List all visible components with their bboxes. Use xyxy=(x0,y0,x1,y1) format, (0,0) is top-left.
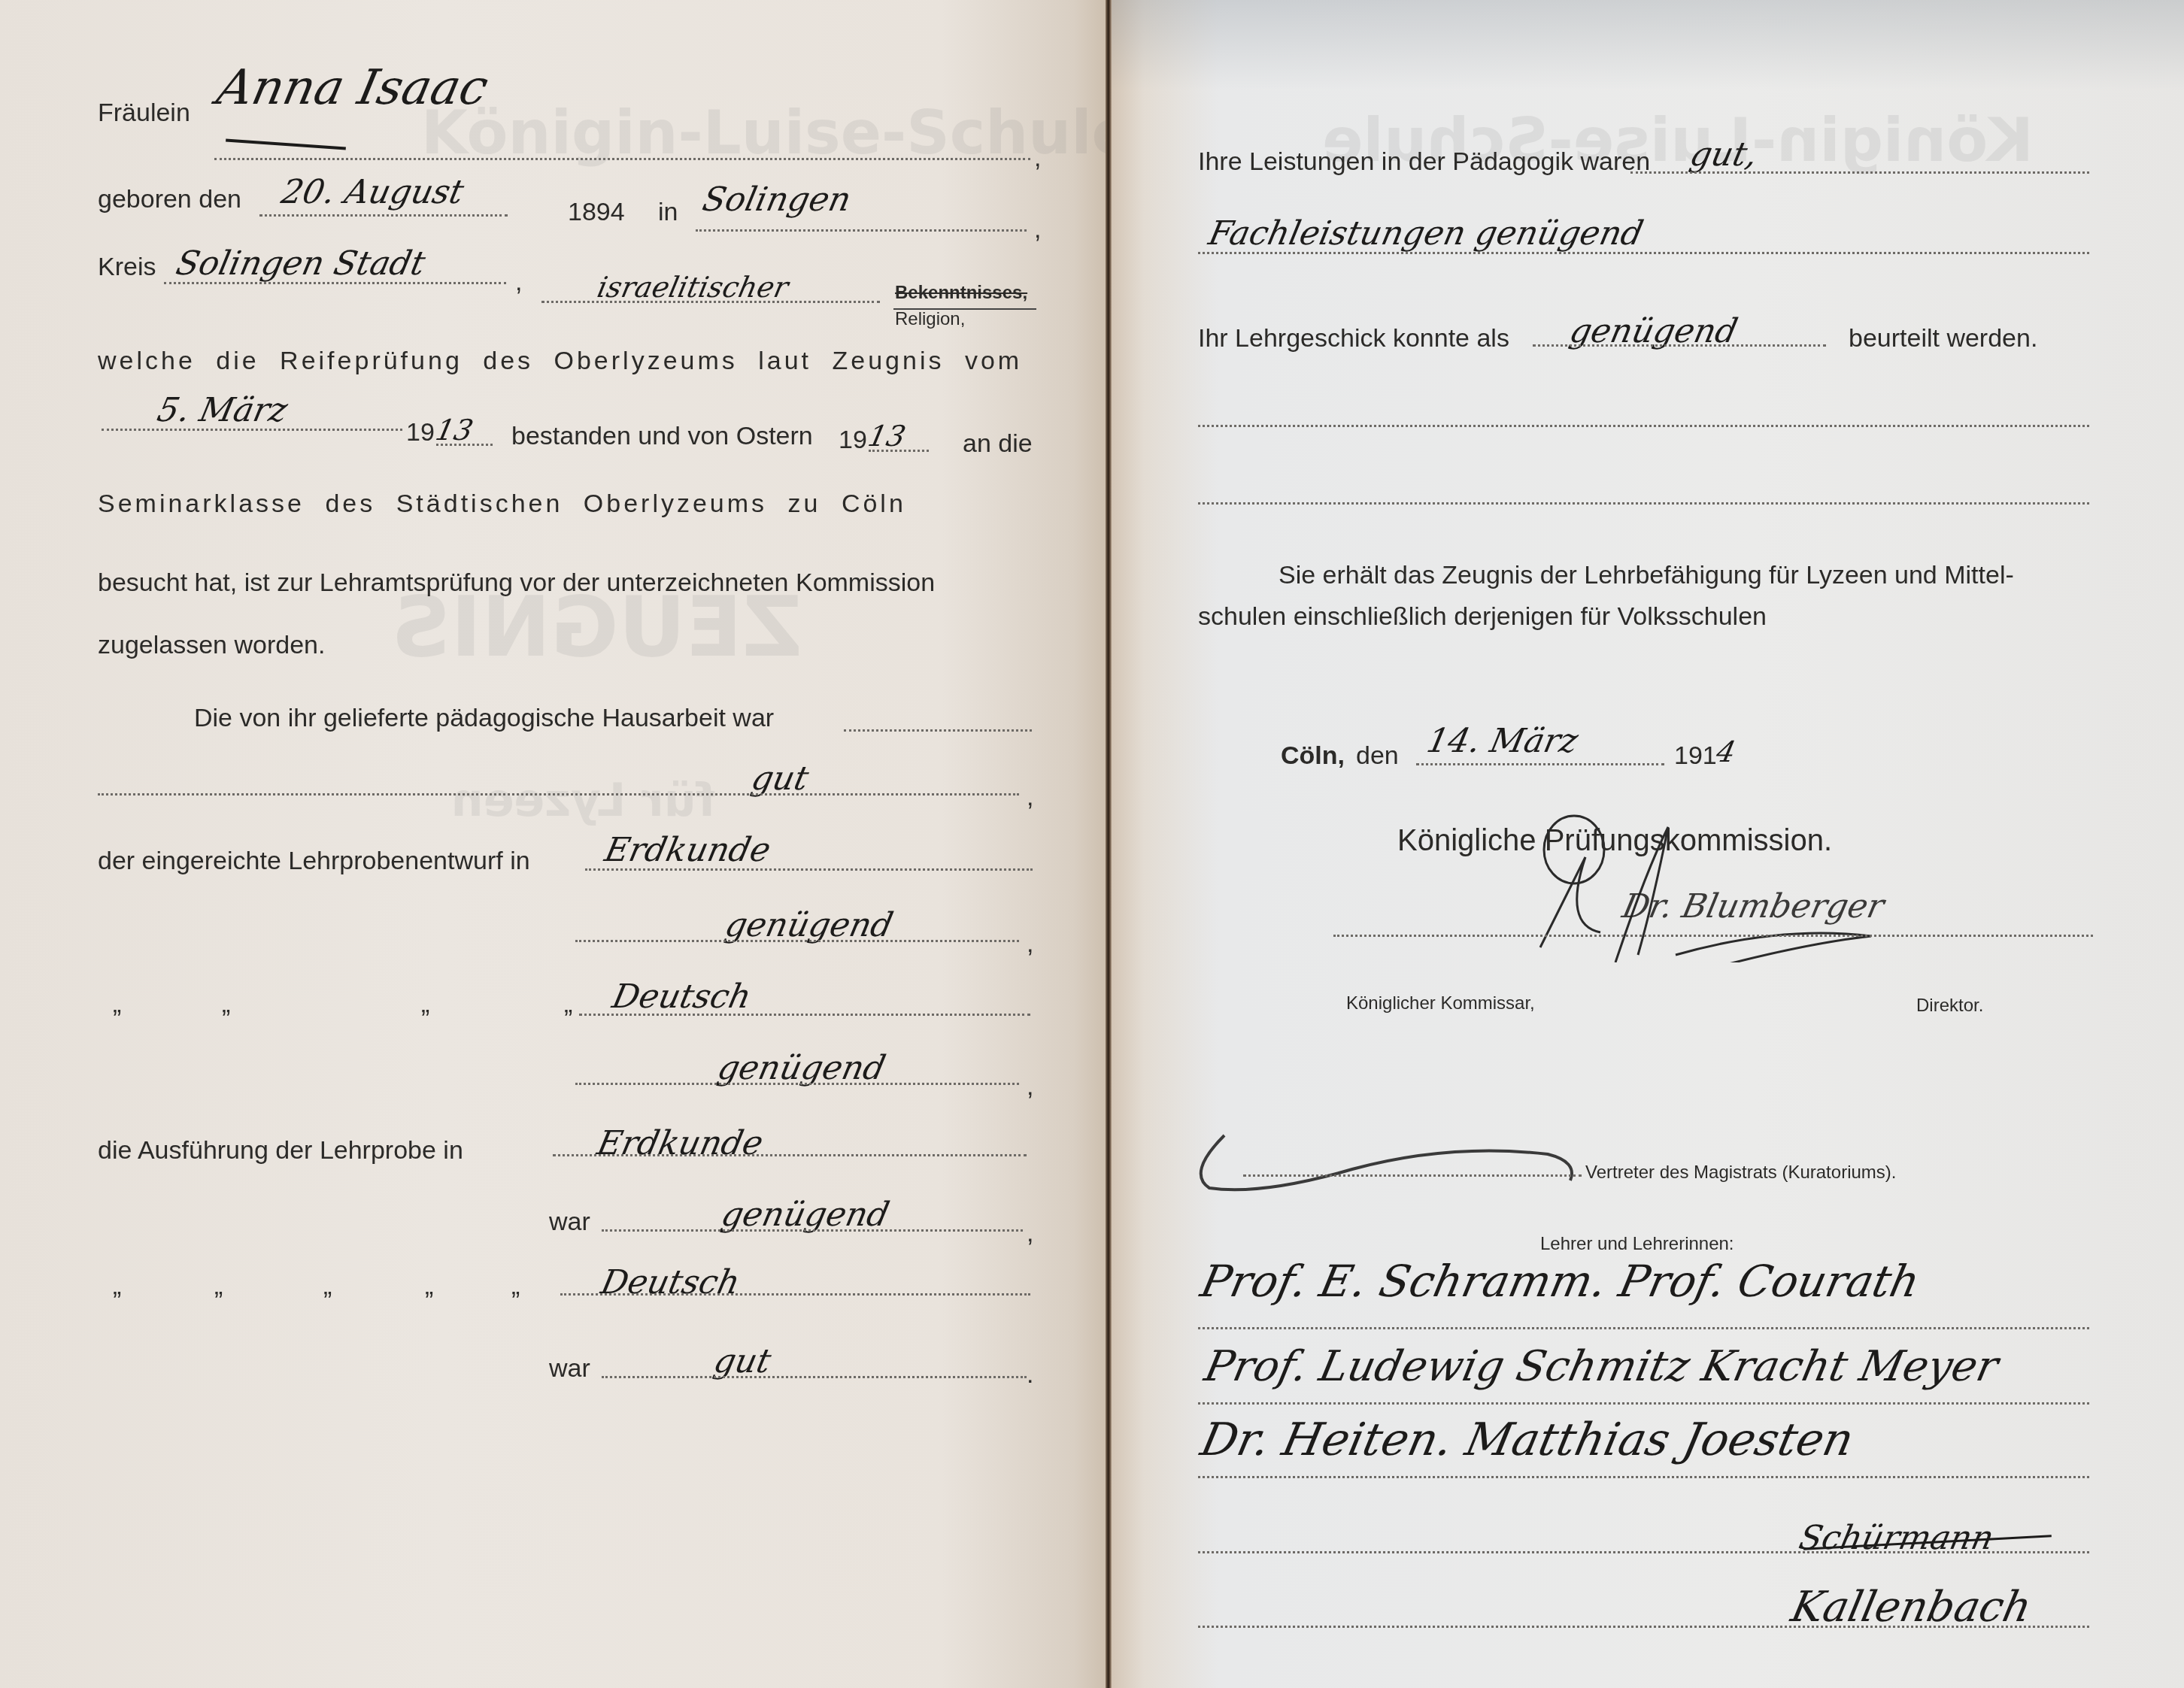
den-label: den xyxy=(1356,741,1399,771)
ausfuehrung-label: die Ausführung der Lehrprobe in xyxy=(98,1135,463,1165)
direktor-label: Direktor. xyxy=(1916,991,1983,1021)
hausarbeit-dotted-line-2 xyxy=(98,793,1019,796)
ostern-year-dotted-line xyxy=(869,450,929,452)
religion-label: Religion, xyxy=(895,305,965,335)
magistrat-signature-stroke xyxy=(1187,1128,1578,1196)
name-label: Fräulein xyxy=(98,98,190,128)
ditto-mark-6: ” xyxy=(214,1286,223,1316)
lehrer-label: Lehrer und Lehrerinnen: xyxy=(1540,1229,1734,1259)
religion-value: israelitischer xyxy=(594,271,791,304)
ausfuehrung1-grade: genügend xyxy=(718,1196,893,1234)
ditto-mark-4: ” xyxy=(564,1004,572,1034)
zeugnis-line-2: schulen einschließlich derjenigen für Vo… xyxy=(1198,602,1767,632)
hausarbeit-value: gut xyxy=(748,759,812,798)
issue-year-prefix: 191 xyxy=(1674,741,1717,771)
hausarbeit-dotted-line-1 xyxy=(844,729,1032,732)
exam-date-value: 5. März xyxy=(154,391,291,429)
page-top-shadow xyxy=(1112,0,2184,90)
entwurf2-subject: Deutsch xyxy=(609,977,755,1016)
in-label: in xyxy=(658,197,678,227)
teacher-dotted-line-5 xyxy=(1198,1626,2089,1628)
teacher-dotted-line-4 xyxy=(1198,1551,2089,1553)
paedagogik-value: gut, xyxy=(1687,135,1761,174)
entwurf1-grade-dotted-line xyxy=(575,940,1019,942)
name-value: Anna Isaac xyxy=(212,60,493,116)
ditto-mark-7: ” xyxy=(323,1286,332,1316)
teacher-signatures-row-2: Prof. Ludewig Schmitz Kracht Meyer xyxy=(1200,1342,2002,1391)
ditto-mark-5: ” xyxy=(113,1286,121,1316)
signature-dotted-line xyxy=(1333,935,2093,937)
zeugnis-line-1: Sie erhält das Zeugnis der Lehrbefähigun… xyxy=(1279,560,2014,590)
ditto-mark-9: ” xyxy=(511,1286,520,1316)
ausfuehrung1-grade-dotted-line xyxy=(602,1229,1023,1232)
entwurf1-grade: genügend xyxy=(722,906,896,944)
ditto-mark-1: ” xyxy=(113,1004,121,1034)
lehrgeschick-label: Ihr Lehrgeschick konnte als xyxy=(1198,323,1509,353)
paragraph-line-5: zugelassen worden. xyxy=(98,630,325,660)
paragraph-line-1: welche die Reifeprüfung des Oberlyzeums … xyxy=(98,346,1022,376)
lehrgeschick-suffix: beurteilt werden. xyxy=(1849,323,2037,353)
exam-date-dotted-line xyxy=(102,429,402,431)
issue-year-value: 4 xyxy=(1713,735,1739,768)
entwurf2-grade: genügend xyxy=(714,1049,889,1087)
place-label: Cöln, xyxy=(1281,741,1345,771)
name-underline xyxy=(226,138,346,150)
entwurf-label: der eingereichte Lehrprobenentwurf in xyxy=(98,846,530,876)
ausfuehrung1-subject-dotted-line xyxy=(553,1154,1027,1156)
director-signature: Dr. Blumberger xyxy=(1619,887,1888,926)
kreis-label: Kreis xyxy=(98,252,156,282)
fach-value: Fachleistungen genügend xyxy=(1206,214,1647,253)
magistrat-dotted-line xyxy=(1243,1174,1582,1177)
blank-dotted-line-1 xyxy=(1198,425,2089,427)
ausfuehrung2-subject-dotted-line xyxy=(560,1293,1030,1296)
born-date-value: 20. August xyxy=(278,173,468,211)
entwurf1-subject: Erdkunde xyxy=(602,831,775,869)
entwurf2-subject-dotted-line xyxy=(579,1014,1030,1016)
issue-date-dotted-line xyxy=(1416,763,1664,765)
paragraph-line-4: besucht hat, ist zur Lehramtsprüfung vor… xyxy=(98,568,935,598)
ditto-mark-8: ” xyxy=(425,1286,433,1316)
name-dotted-line xyxy=(214,158,1030,160)
blank-dotted-line-2 xyxy=(1198,502,2089,505)
kreis-value: Solingen Stadt xyxy=(173,244,429,283)
teacher-signatures-row-1: Prof. E. Schramm. Prof. Courath xyxy=(1197,1256,1925,1307)
magistrat-label: Vertreter des Magistrats (Kuratoriums). xyxy=(1585,1158,1896,1188)
teacher-dotted-line-2 xyxy=(1198,1402,2089,1405)
paedagogik-dotted-line xyxy=(1630,171,2089,174)
war-label-2: war xyxy=(549,1353,590,1383)
born-year: 1894 xyxy=(568,197,625,227)
teacher-signatures-row-5: Kallenbach xyxy=(1787,1583,2036,1632)
fach-dotted-line xyxy=(1198,252,2089,254)
ausfuehrung2-subject: Deutsch xyxy=(598,1263,744,1302)
ausfuehrung2-grade-dotted-line xyxy=(602,1376,1027,1378)
entwurf1-subject-dotted-line xyxy=(585,868,1033,871)
left-page: Königin-Luise-Schule ZEUGNIS für Lyzeen … xyxy=(0,0,1107,1688)
teacher-signatures-row-3: Dr. Heiten. Matthias Joesten xyxy=(1197,1414,1858,1466)
born-date-dotted-line xyxy=(259,214,508,217)
right-page: Königin-Luise-Schule Ihre Leistungen in … xyxy=(1112,0,2184,1688)
paragraph-line-2-mid: bestanden und von Ostern xyxy=(511,421,813,451)
book-gutter xyxy=(1106,0,1112,1688)
war-label-1: war xyxy=(549,1207,590,1237)
paragraph-line-3: Seminarklasse des Städtischen Oberlyzeum… xyxy=(98,489,906,519)
paragraph-line-2-end: an die xyxy=(963,429,1033,459)
born-place-dotted-line xyxy=(696,229,1027,232)
ditto-mark-3: ” xyxy=(421,1004,429,1034)
lehrgeschick-dotted-line xyxy=(1533,344,1826,347)
kommissar-label: Königlicher Kommissar, xyxy=(1346,989,1535,1019)
teacher-dotted-line-1 xyxy=(1198,1327,2089,1329)
watermark-fuer-lyzeen: für Lyzeen xyxy=(451,774,716,827)
bekenntnis-label: Bekenntnisses, xyxy=(895,278,1027,308)
born-place-value: Solingen xyxy=(699,180,855,219)
entwurf2-grade-dotted-line xyxy=(575,1083,1019,1085)
exam-year-dotted-line xyxy=(436,444,493,446)
exam-year-value: 13 xyxy=(432,414,476,447)
kreis-dotted-line xyxy=(164,282,506,284)
ostern-year-prefix: 19 xyxy=(839,425,867,455)
ostern-year-value: 13 xyxy=(865,420,908,453)
ausfuehrung1-subject: Erdkunde xyxy=(594,1124,767,1162)
hausarbeit-label: Die von ihr gelieferte pädagogische Haus… xyxy=(194,703,774,733)
paedagogik-label: Ihre Leistungen in der Pädagogik waren xyxy=(1198,147,1650,177)
ausfuehrung2-grade: gut xyxy=(711,1342,775,1380)
religion-dotted-line xyxy=(541,301,880,303)
exam-year-prefix: 19 xyxy=(406,417,435,447)
issue-date-value: 14. März xyxy=(1424,722,1582,760)
ditto-mark-2: ” xyxy=(222,1004,230,1034)
born-label: geboren den xyxy=(98,184,241,214)
teacher-dotted-line-3 xyxy=(1198,1476,2089,1478)
